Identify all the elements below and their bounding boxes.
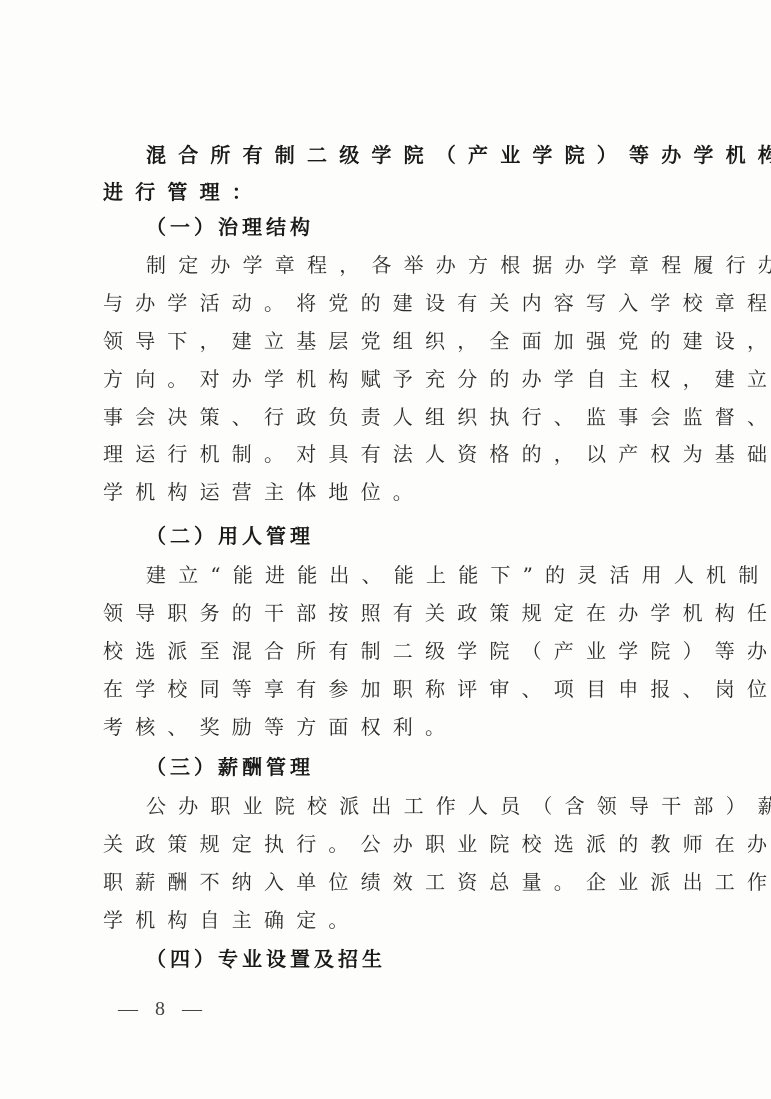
paragraph-line: 领导职务的干部按照有关政策规定在办学机构任职或兼职。学 <box>103 598 683 628</box>
paragraph-line: 学机构运营主体地位。 <box>103 477 683 507</box>
paragraph-line: 方向。对办学机构赋予充分的办学自主权，建立健全理（董） <box>103 364 683 394</box>
paragraph-line: 领导下，建立基层党组织，全面加强党的建设，保证正确办学 <box>103 326 683 356</box>
page-number: — 8 — <box>118 998 208 1021</box>
paragraph-line: 职薪酬不纳入单位绩效工资总量。企业派出工作人员薪酬由办 <box>103 867 683 897</box>
paragraph-line: 学机构自主确定。 <box>103 905 683 935</box>
paragraph-line: 与办学活动。将党的建设有关内容写入学校章程，在学校党委 <box>103 288 683 318</box>
paragraph-line: 校选派至混合所有制二级学院（产业学院）等办学机构的教师， <box>103 636 683 666</box>
paragraph-line: 制定办学章程，各举办方根据办学章程履行办学职责，参 <box>146 250 686 280</box>
paragraph-line: 公办职业院校派出工作人员（含领导干部）薪酬发放按有 <box>146 791 686 821</box>
paragraph-line: 理运行机制。对具有法人资格的，以产权为基础确立和落实办 <box>103 439 683 469</box>
paragraph-line: 建立“能进能出、能上能下”的灵活用人机制。学校担任 <box>146 560 686 590</box>
paragraph-line: 考核、奖励等方面权利。 <box>103 712 683 742</box>
paragraph-line: 关政策规定执行。公办职业院校选派的教师在办学机构中的兼 <box>103 829 683 859</box>
intro-line-1: 混合所有制二级学院（产业学院）等办学机构按以下要求 <box>146 140 686 170</box>
paragraph-line: 事会决策、行政负责人组织执行、监事会监督、专家治学的管 <box>103 402 683 432</box>
document-page: 混合所有制二级学院（产业学院）等办学机构按以下要求 进行管理： （一）治理结构 … <box>0 0 771 1099</box>
section-heading-majors-enrollment: （四）专业设置及招生 <box>146 944 726 974</box>
intro-line-2: 进行管理： <box>103 177 683 207</box>
section-heading-salary: （三）薪酬管理 <box>146 752 726 782</box>
paragraph-line: 在学校同等享有参加职称评审、项目申报、岗位竞聘、培训、 <box>103 674 683 704</box>
section-heading-personnel: （二）用人管理 <box>146 521 726 551</box>
section-heading-governance: （一）治理结构 <box>146 212 726 242</box>
